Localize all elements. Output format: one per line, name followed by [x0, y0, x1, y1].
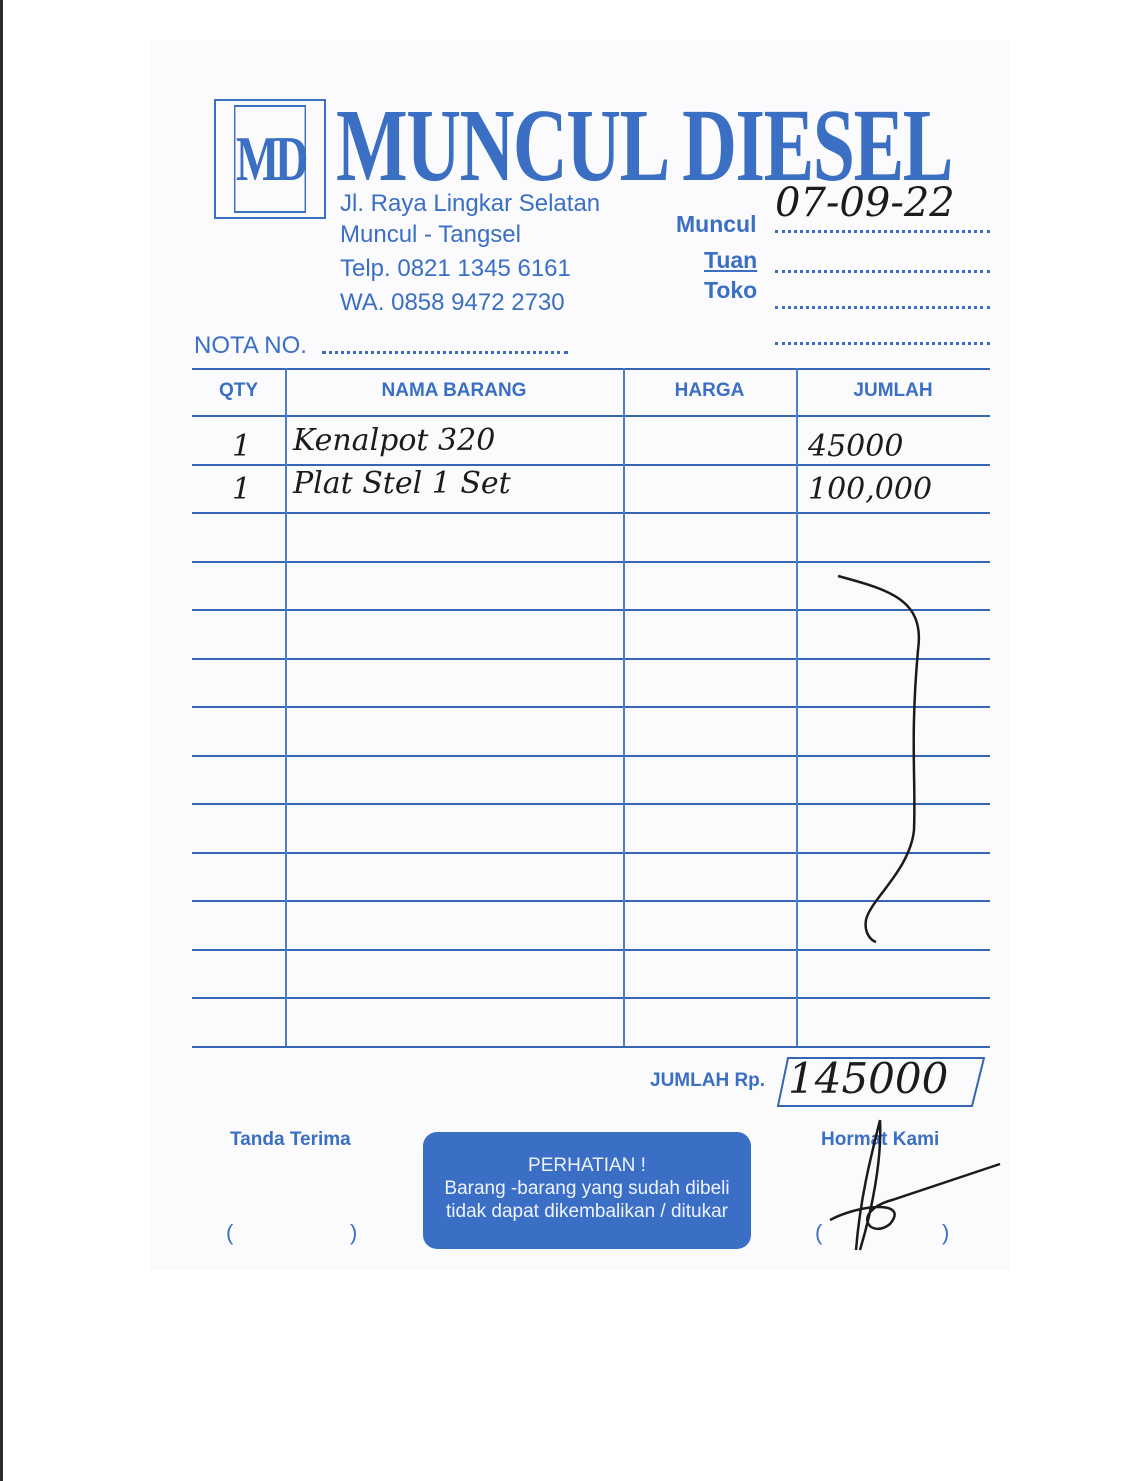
notice-line2: tidak dapat dikembalikan / ditukar — [423, 1200, 751, 1223]
table-row-line — [192, 561, 990, 563]
column-header-jumlah: JUMLAH — [796, 380, 990, 402]
table-column-divider — [796, 368, 798, 1046]
table-top-border — [192, 368, 990, 370]
notice-title: PERHATIAN ! — [423, 1154, 751, 1177]
address-line2: Muncul - Tangsel — [340, 221, 521, 249]
item-amount[interactable]: 45000 — [808, 429, 903, 464]
phone: Telp. 0821 1345 6161 — [340, 255, 571, 283]
column-header-harga: HARGA — [623, 380, 796, 402]
receiver-label: Tanda Terima — [230, 1129, 351, 1151]
item-name[interactable]: Plat Stel 1 Set — [293, 466, 511, 501]
column-header-qty: QTY — [192, 380, 285, 402]
whatsapp: WA. 0858 9472 2730 — [340, 289, 565, 317]
company-logo: MD — [214, 99, 326, 219]
tuan-label: Tuan — [704, 247, 757, 274]
receiver-paren-close: ) — [350, 1220, 357, 1246]
date-value[interactable]: 07-09-22 — [775, 180, 955, 226]
nota-label: NOTA NO. — [194, 332, 307, 360]
logo-text: MD — [234, 105, 306, 213]
date-field-line — [775, 230, 990, 233]
item-qty[interactable]: 1 — [232, 472, 251, 507]
table-row-line — [192, 1046, 990, 1048]
total-label: JUMLAH Rp. — [650, 1070, 765, 1092]
nota-field-line[interactable] — [322, 351, 568, 354]
table-row-line — [192, 512, 990, 514]
toko-label: Toko — [704, 277, 757, 304]
table-header-border — [192, 415, 990, 417]
address-line1: Jl. Raya Lingkar Selatan — [340, 190, 600, 218]
signature — [820, 1100, 1010, 1260]
table-column-divider — [623, 368, 625, 1046]
notice-box: PERHATIAN ! Barang -barang yang sudah di… — [423, 1132, 751, 1249]
continuation-mark — [830, 570, 930, 950]
column-header-nama-barang: NAMA BARANG — [285, 380, 623, 402]
item-qty[interactable]: 1 — [232, 429, 251, 464]
toko-field-line-2[interactable] — [775, 342, 990, 345]
item-amount[interactable]: 100,000 — [808, 472, 932, 507]
notice-line1: Barang -barang yang sudah dibeli — [423, 1177, 751, 1200]
table-row-line — [192, 997, 990, 999]
total-value[interactable]: 145000 — [788, 1054, 948, 1103]
table-column-divider — [285, 368, 287, 1046]
item-name[interactable]: Kenalpot 320 — [293, 423, 495, 458]
scan-edge — [0, 0, 3, 1481]
place-label: Muncul — [676, 211, 757, 238]
tuan-field-line[interactable] — [775, 270, 990, 273]
toko-field-line[interactable] — [775, 306, 990, 309]
receiver-paren-open: ( — [226, 1220, 233, 1246]
